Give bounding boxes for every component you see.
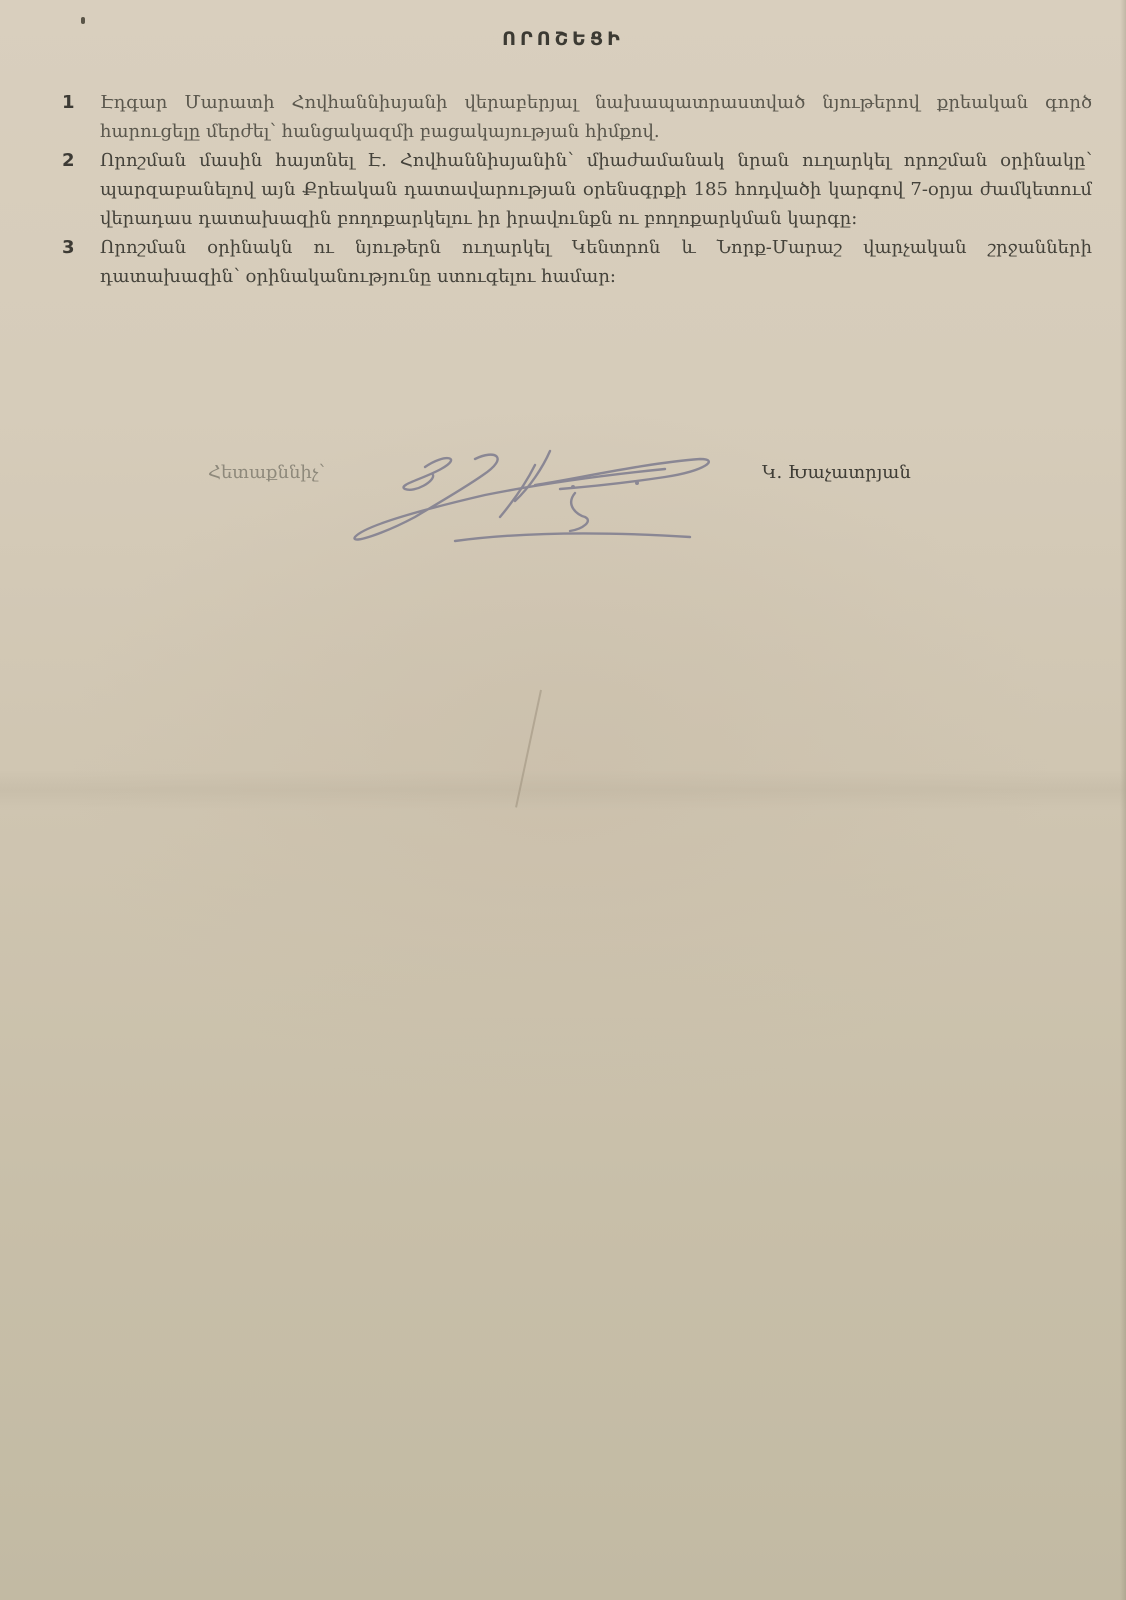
decision-item-1: 1 Էդգար Մարատի Հովհաննիսյանի վերաբերյալ … (62, 88, 1092, 146)
item-number: 2 (62, 146, 100, 175)
item-text: Որոշման օրինակն ու նյութերն ուղարկել Կեն… (100, 233, 1092, 291)
paper-fold (0, 770, 1126, 810)
decision-item-3: 3 Որոշման օրինակն ու նյութերն ուղարկել Կ… (62, 233, 1092, 291)
handwritten-signature (345, 445, 735, 555)
decision-items: 1 Էդգար Մարատի Հովհաննիսյանի վերաբերյալ … (62, 88, 1092, 291)
item-text: Որոշման մասին հայտնել Է. Հովհաննիսյանին՝… (100, 146, 1092, 233)
document-title: ՈՐՈՇԵՑԻ (0, 28, 1126, 50)
signature-label: Հետաքննիչ՝ (208, 462, 325, 483)
ink-speck (81, 17, 85, 24)
signatory-name: Կ. Խաչատրյան (762, 462, 911, 483)
item-text: Էդգար Մարատի Հովհաննիսյանի վերաբերյալ նա… (100, 88, 1092, 146)
decision-item-2: 2 Որոշման մասին հայտնել Է. Հովհաննիսյանի… (62, 146, 1092, 233)
item-number: 3 (62, 233, 100, 262)
signature-block: Հետաքննիչ՝ Կ. Խաչատրյան (0, 460, 1126, 580)
item-number: 1 (62, 88, 100, 117)
